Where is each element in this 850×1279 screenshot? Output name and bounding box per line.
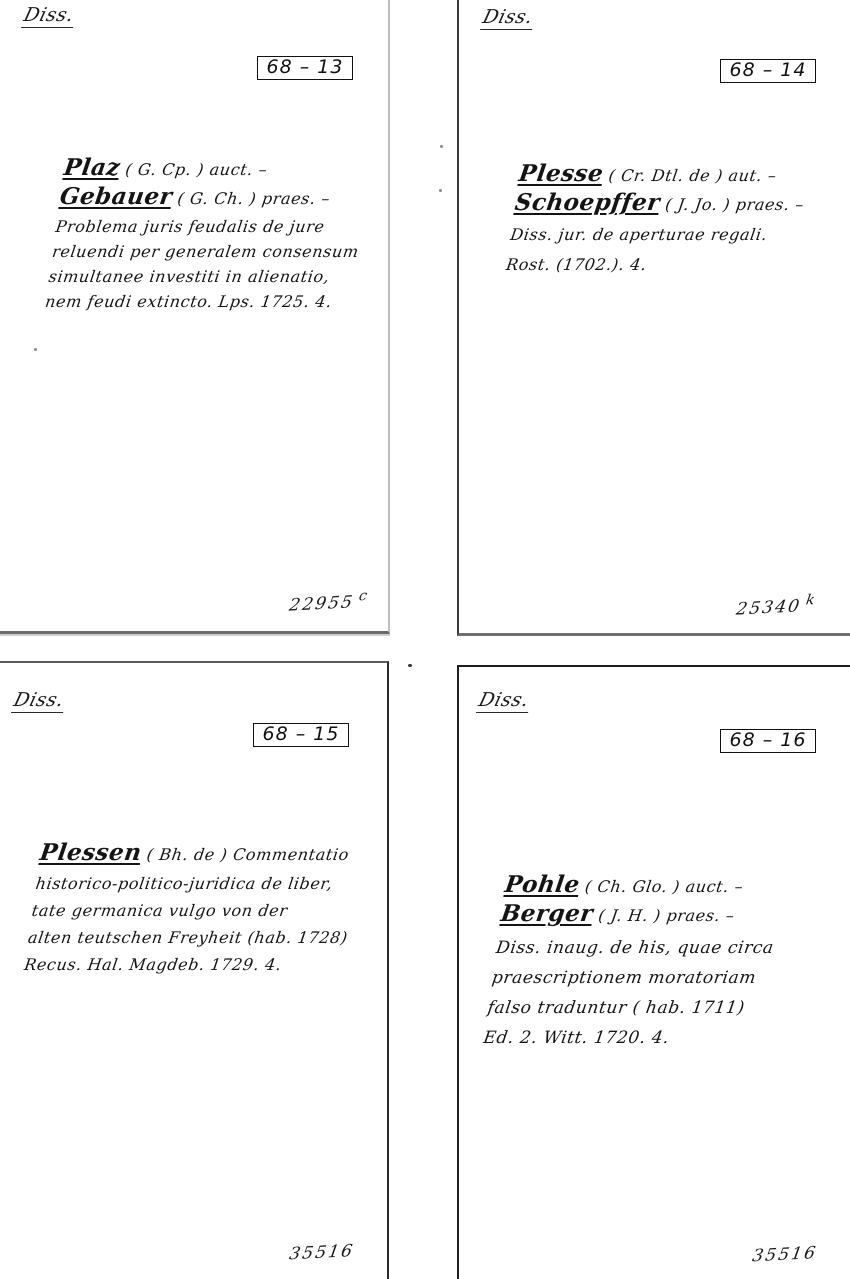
accession-number: 35516 [288, 1237, 361, 1264]
author-line: Pohle ( Ch. Glo. ) auct. – [503, 871, 784, 898]
praeses-name: Schoepffer [513, 189, 662, 216]
title-line: Recus. Hal. Magdeb. 1729. 4. [22, 951, 345, 978]
praeses-details: ( J. Jo. ) praes. – [658, 195, 805, 214]
accession-suffix: c [358, 588, 368, 604]
praeses-name: Gebauer [58, 183, 174, 210]
accession-suffix: k [805, 592, 816, 608]
diss-mark: Diss. [480, 6, 538, 30]
accession-suffix [821, 1239, 824, 1255]
accession-number: 25340k [735, 592, 816, 620]
shelf-number: 68 – 14 [720, 59, 816, 83]
catalog-card-68-16: Diss. 68 – 16 Pohle ( Ch. Glo. ) auct. –… [457, 665, 850, 1279]
paper-speck [34, 348, 37, 351]
title-line: Rost. (1702.). 4. [504, 250, 797, 280]
title-line: historico-politico-juridica de liber, [34, 870, 357, 897]
author-details: ( Ch. Glo. ) auct. – [578, 877, 745, 896]
title-line: Diss. jur. de aperturae regali. [508, 220, 801, 250]
shelf-number: 68 – 15 [253, 723, 349, 747]
praeses-details: ( G. Ch. ) praes. – [171, 189, 332, 208]
praeses-details: ( J. H. ) praes. – [591, 906, 736, 925]
bibliographic-entry: Pohle ( Ch. Glo. ) auct. – Berger ( J. H… [481, 871, 784, 1053]
author-name: Pohle [503, 871, 581, 898]
accession-value: 35516 [288, 1241, 356, 1264]
diss-mark: Diss. [476, 689, 534, 713]
accession-number: 35516 [751, 1239, 824, 1266]
catalog-card-68-13: Diss. 68 – 13 Plaz ( G. Cp. ) auct. – Ge… [0, 0, 390, 634]
author-name: Plaz [62, 154, 122, 181]
praeses-name: Berger [499, 900, 595, 927]
diss-mark: Diss. [11, 689, 69, 713]
title-line: Diss. inaug. de his, quae circa [494, 933, 776, 963]
author-details: ( G. Cp. ) auct. – [118, 160, 268, 179]
title-line: Problema juris feudalis de jure [54, 214, 364, 239]
accession-value: 25340 [735, 596, 803, 619]
author-line: Plesse ( Cr. Dtl. de ) aut. – [517, 160, 810, 187]
title-line: praescriptionem moratoriam [490, 963, 772, 993]
praeses-line: Berger ( J. H. ) praes. – [499, 900, 780, 927]
shelf-number: 68 – 16 [720, 729, 816, 753]
title-line: tate germanica vulgo von der [30, 897, 353, 924]
author-line: Plaz ( G. Cp. ) auct. – [62, 154, 372, 181]
catalog-card-68-14: Diss. 68 – 14 Plesse ( Cr. Dtl. de ) aut… [457, 0, 850, 636]
praeses-line: Schoepffer ( J. Jo. ) praes. – [513, 189, 806, 216]
accession-suffix [358, 1237, 361, 1253]
title-line: alten teutschen Freyheit (hab. 1728) [26, 924, 349, 951]
author-name: Plesse [517, 160, 605, 187]
paper-speck [440, 145, 443, 148]
title-line: simultanee investiti in alienatio, [47, 264, 357, 289]
author-details: ( Bh. de ) Commentatio [140, 845, 350, 864]
title-line: nem feudi extincto. Lps. 1725. 4. [44, 289, 354, 314]
title-line: Ed. 2. Witt. 1720. 4. [481, 1023, 763, 1053]
shelf-number: 68 – 13 [257, 56, 353, 80]
paper-speck [408, 664, 412, 667]
title-line: reluendi per generalem consensum [51, 239, 361, 264]
praeses-line: Gebauer ( G. Ch. ) praes. – [58, 183, 368, 210]
author-name: Plessen [38, 839, 143, 866]
diss-mark: Diss. [21, 4, 79, 28]
accession-value: 35516 [751, 1243, 819, 1266]
accession-value: 22955 [288, 592, 356, 615]
bibliographic-entry: Plaz ( G. Cp. ) auct. – Gebauer ( G. Ch.… [44, 154, 373, 314]
author-line: Plessen ( Bh. de ) Commentatio [38, 839, 361, 866]
accession-number: 22955c [288, 588, 368, 616]
catalog-card-68-15: Diss. 68 – 15 Plessen ( Bh. de ) Comment… [0, 661, 389, 1279]
paper-speck [439, 189, 442, 192]
bibliographic-entry: Plessen ( Bh. de ) Commentatio historico… [22, 839, 361, 978]
author-details: ( Cr. Dtl. de ) aut. – [602, 166, 778, 185]
title-line: falso traduntur ( hab. 1711) [486, 993, 768, 1023]
bibliographic-entry: Plesse ( Cr. Dtl. de ) aut. – Schoepffer… [504, 160, 810, 280]
